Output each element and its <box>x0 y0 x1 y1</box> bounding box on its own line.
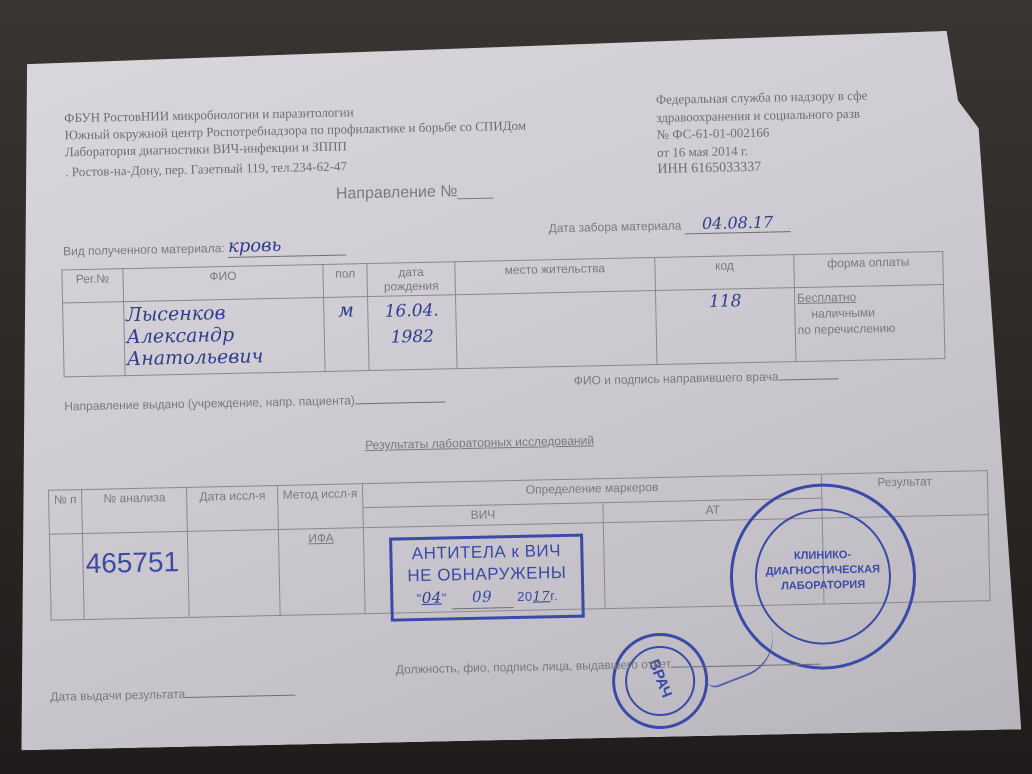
material-value: кровь <box>228 233 346 257</box>
lab-seal-text: КЛИНИКО-ДИАГНОСТИЧЕСКАЯ ЛАБОРАТОРИЯ <box>758 547 887 595</box>
patient-name: Лысенков Александр Анатольевич <box>123 297 325 375</box>
sample-date-label: Дата забора материала <box>548 218 681 235</box>
stamp-day: 04 <box>422 589 442 607</box>
form-title: Направление №____ <box>336 182 493 203</box>
payment-options: Бесплатно наличными по перечислению <box>794 284 945 361</box>
col-analysis-no: № анализа <box>82 487 188 533</box>
stamp-date: "04" 09 2017г. <box>393 584 581 612</box>
col-residence: место жительства <box>454 258 655 295</box>
signer-field: Должность, фио, подпись лица, выдавшего … <box>396 654 822 677</box>
stamp-month: 09 <box>451 585 513 609</box>
results-title: Результаты лабораторных исследований <box>365 433 594 452</box>
doctor-label: ФИО и подпись направившего врача <box>574 369 779 387</box>
patient-table: Рег.№ ФИО пол дата рождения место житель… <box>61 251 945 377</box>
col-reg: Рег.№ <box>62 269 123 303</box>
stamp-year-suffix: 17 <box>533 589 551 604</box>
sex: м <box>324 297 370 372</box>
issued-by-label: Направление выдано (учреждение, напр. па… <box>64 393 355 413</box>
col-sex: пол <box>323 264 368 298</box>
stamp-year-end: г. <box>550 588 558 603</box>
header-left: ФБУН РостовНИИ микробиологии и паразитол… <box>64 100 527 181</box>
patronymic: Анатольевич <box>127 344 323 370</box>
lab-referral-form: ФБУН РостовНИИ микробиологии и паразитол… <box>7 30 1021 751</box>
test-method: ИФА <box>279 528 365 616</box>
residence <box>455 291 657 369</box>
col-birth: дата рождения <box>367 262 455 297</box>
payment-transfer: по перечислению <box>798 319 942 338</box>
analysis-number: 465751 <box>83 531 190 619</box>
test-date <box>188 529 281 617</box>
col-code: код <box>655 255 794 291</box>
inn: ИНН 6165033337 <box>657 157 869 179</box>
sample-date-field: Дата забора материала 04.08.17 <box>548 212 790 237</box>
doctor-field: ФИО и подпись направившего врача <box>574 368 839 388</box>
reg-no <box>63 302 125 377</box>
birth-year: 1982 <box>371 323 454 351</box>
issue-date-field: Дата выдачи результата <box>50 685 295 704</box>
col-payment: форма оплаты <box>794 251 944 287</box>
issue-date-label: Дата выдачи результата <box>50 687 185 704</box>
birth-day-month: 16.04. <box>370 297 453 325</box>
sample-date-value: 04.08.17 <box>684 212 790 234</box>
material-field: Вид полученного материала: кровь <box>63 233 346 261</box>
birth-date: 16.04. 1982 <box>368 295 457 371</box>
doctor-seal: ВРАЧ <box>611 632 709 730</box>
issued-by-field: Направление выдано (учреждение, напр. па… <box>64 391 445 413</box>
col-name: ФИО <box>123 264 324 301</box>
material-label: Вид полученного материала <box>63 241 222 258</box>
header-right: Федеральная служба по надзору в сфе здра… <box>656 87 869 179</box>
stamp-year-prefix: 20 <box>517 589 533 604</box>
col-num: № п <box>48 490 82 535</box>
code: 118 <box>656 288 796 365</box>
col-date: Дата иссл-я <box>187 485 279 531</box>
col-method: Метод иссл-я <box>278 484 363 530</box>
result-stamp: АНТИТЕЛА к ВИЧ НЕ ОБНАРУЖЕНЫ "04" 09 201… <box>389 534 585 622</box>
row-num <box>49 534 84 621</box>
